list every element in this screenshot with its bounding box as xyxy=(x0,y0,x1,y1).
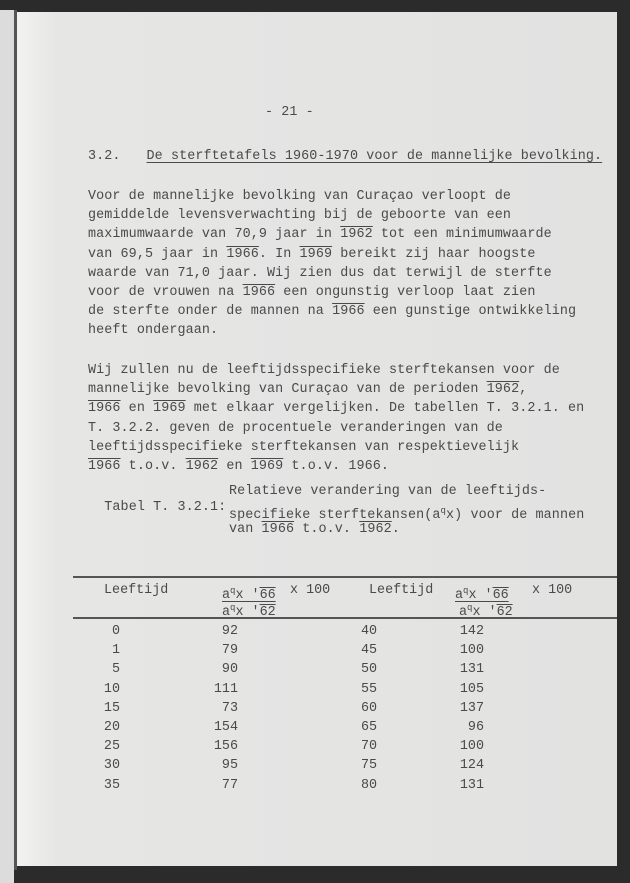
table-cell-value: 100 xyxy=(440,643,484,659)
table-top-rule xyxy=(73,576,617,578)
text-run: Wij zullen nu de leeftijdsspecifieke ste… xyxy=(88,363,560,378)
year-overlined: 1962 xyxy=(186,459,219,474)
paragraph2-line: Wij zullen nu de leeftijdsspecifieke ste… xyxy=(88,363,568,382)
table-header-rule xyxy=(73,617,617,619)
caption-line: specifieke sterftekansen(aqx) voor de ma… xyxy=(229,503,584,522)
paragraph1-line: voor de vrouwen na 1966 een ongunstig ve… xyxy=(88,285,568,304)
table-cell-age: 50 xyxy=(361,662,377,678)
text-run: met elkaar vergelijken. De tabellen T. 3… xyxy=(186,401,585,416)
text-run: x) voor de mannen xyxy=(446,508,584,523)
year-overlined: 1966 xyxy=(243,285,276,300)
table-cell-value: 105 xyxy=(440,682,484,698)
table-cell-age: 35 xyxy=(96,778,120,794)
table-cell-value: 95 xyxy=(196,758,238,774)
table-cell-age: 10 xyxy=(96,682,120,698)
table-cell-age: 55 xyxy=(361,682,377,698)
table-cell-age: 0 xyxy=(96,624,120,640)
text-run: Relatieve verandering van de leeftijds- xyxy=(229,484,546,499)
year-overlined: 1969 xyxy=(251,459,284,474)
year-overlined: 1966 xyxy=(88,459,121,474)
year-overlined: 1962 xyxy=(359,522,392,537)
paragraph1-line: waarde van 71,0 jaar. Wij zien dus dat t… xyxy=(88,266,568,285)
table-cell-value: 156 xyxy=(196,739,238,755)
table-cell-value: 142 xyxy=(440,624,484,640)
table-cell-value: 100 xyxy=(440,739,484,755)
table-cell-age: 75 xyxy=(361,758,377,774)
paragraph1-line: heeft ondergaan. xyxy=(88,323,568,342)
year-overlined: 1966 xyxy=(262,522,295,537)
table-cell-age: 20 xyxy=(96,720,120,736)
paragraph2-line: 1966 en 1969 met elkaar vergelijken. De … xyxy=(88,401,568,420)
text-run: de sterfte onder de mannen na xyxy=(88,304,332,319)
column-header-age-right: Leeftijd xyxy=(369,583,433,599)
text-run: specifieke sterftekansen(a xyxy=(229,508,441,523)
scan-margin xyxy=(0,10,14,883)
text-run: leeftijdsspecifieke sterftekansen van re… xyxy=(88,440,519,455)
year-overlined: 1966 xyxy=(88,401,121,416)
table-cell-value: 90 xyxy=(196,662,238,678)
text-run: van xyxy=(229,522,262,537)
text-run: Voor de mannelijke bevolking van Curaçao… xyxy=(88,189,511,204)
text-run: t.o.v. xyxy=(121,459,186,474)
table-cell-age: 5 xyxy=(96,662,120,678)
text-run: . In xyxy=(259,247,300,262)
table-cell-value: 96 xyxy=(440,720,484,736)
text-run: voor de vrouwen na xyxy=(88,285,243,300)
paragraph2-line: leeftijdsspecifieke sterftekansen van re… xyxy=(88,440,568,459)
paragraph-life-expectancy: Voor de mannelijke bevolking van Curaçao… xyxy=(88,189,568,343)
table-cell-value: 154 xyxy=(196,720,238,736)
caption-text: Relatieve verandering van de leeftijds-s… xyxy=(229,484,584,542)
table-cell-value: 131 xyxy=(440,778,484,794)
text-run: van 69,5 jaar in xyxy=(88,247,226,262)
table-cell-age: 70 xyxy=(361,739,377,755)
text-run: en xyxy=(218,459,251,474)
text-run: . xyxy=(392,522,400,537)
table-cell-value: 92 xyxy=(196,624,238,640)
table-cell-age: 45 xyxy=(361,643,377,659)
table-cell-value: 111 xyxy=(196,682,238,698)
year-overlined: 1962 xyxy=(487,382,520,397)
text-run: en xyxy=(121,401,154,416)
text-run: mannelijke bevolking van Curaçao van de … xyxy=(88,382,487,397)
table-cell-age: 40 xyxy=(361,624,377,640)
table-cell-age: 65 xyxy=(361,720,377,736)
text-run: maximumwaarde van 70,9 jaar in xyxy=(88,227,340,242)
text-run: heeft ondergaan. xyxy=(88,323,218,338)
paragraph1-line: de sterfte onder de mannen na 1966 een g… xyxy=(88,304,568,323)
text-run: , xyxy=(519,382,527,397)
table-cell-age: 30 xyxy=(96,758,120,774)
caption-line: Relatieve verandering van de leeftijds- xyxy=(229,484,584,503)
table-cell-value: 79 xyxy=(196,643,238,659)
column-header-age-left: Leeftijd xyxy=(104,583,168,599)
column-header-ratio-denominator-left: aqx '62 xyxy=(222,600,276,621)
text-run: tot een minimumwaarde xyxy=(373,227,552,242)
table-cell-value: 131 xyxy=(440,662,484,678)
text-run: waarde van 71,0 jaar. Wij zien dus dat t… xyxy=(88,266,552,281)
column-header-multiplier-left: x 100 xyxy=(290,583,330,599)
paragraph1-line: Voor de mannelijke bevolking van Curaçao… xyxy=(88,189,568,208)
table-cell-age: 25 xyxy=(96,739,120,755)
paragraph2-line: T. 3.2.2. geven de procentuele veranderi… xyxy=(88,421,568,440)
table-cell-age: 1 xyxy=(96,643,120,659)
caption-label: Tabel T. 3.2.1: xyxy=(104,500,226,515)
text-run: een gunstige ontwikkeling xyxy=(365,304,577,319)
text-run: bereikt zij haar hoogste xyxy=(332,247,535,262)
column-header-multiplier-right: x 100 xyxy=(532,583,572,599)
year-overlined: 1969 xyxy=(300,247,333,262)
section-title: De sterftetafels 1960-1970 voor de manne… xyxy=(147,149,603,164)
paragraph2-line: mannelijke bevolking van Curaçao van de … xyxy=(88,382,568,401)
paragraph1-line: gemiddelde levensverwachting bij de gebo… xyxy=(88,208,568,227)
year-overlined: 1966 xyxy=(226,247,259,262)
table-cell-value: 77 xyxy=(196,778,238,794)
paragraph1-line: maximumwaarde van 70,9 jaar in 1962 tot … xyxy=(88,227,568,246)
paragraph1-line: van 69,5 jaar in 1966. In 1969 bereikt z… xyxy=(88,247,568,266)
caption-line: van 1966 t.o.v. 1962. xyxy=(229,522,584,541)
text-run: gemiddelde levensverwachting bij de gebo… xyxy=(88,208,511,223)
table-cell-age: 60 xyxy=(361,701,377,717)
text-run: een ongunstig verloop laat zien xyxy=(275,285,535,300)
table-caption: Tabel T. 3.2.1: xyxy=(88,484,226,516)
column-header-ratio-denominator-right: aqx '62 xyxy=(459,600,513,621)
text-run: T. 3.2.2. geven de procentuele veranderi… xyxy=(88,421,503,436)
section-heading: 3.2.De sterftetafels 1960-1970 voor de m… xyxy=(88,149,602,165)
text-run: t.o.v. 1966. xyxy=(283,459,389,474)
paragraph-comparison: Wij zullen nu de leeftijdsspecifieke ste… xyxy=(88,363,568,478)
table-cell-value: 73 xyxy=(196,701,238,717)
text-run: t.o.v. xyxy=(294,522,359,537)
table-cell-age: 15 xyxy=(96,701,120,717)
year-overlined: 1969 xyxy=(153,401,186,416)
year-overlined: 1966 xyxy=(332,304,365,319)
table-cell-value: 137 xyxy=(440,701,484,717)
page-number: - 21 - xyxy=(265,105,314,121)
table-cell-value: 124 xyxy=(440,758,484,774)
year-overlined: 1962 xyxy=(340,227,373,242)
paragraph2-line: 1966 t.o.v. 1962 en 1969 t.o.v. 1966. xyxy=(88,459,568,478)
section-number: 3.2. xyxy=(88,149,121,164)
table-cell-age: 80 xyxy=(361,778,377,794)
